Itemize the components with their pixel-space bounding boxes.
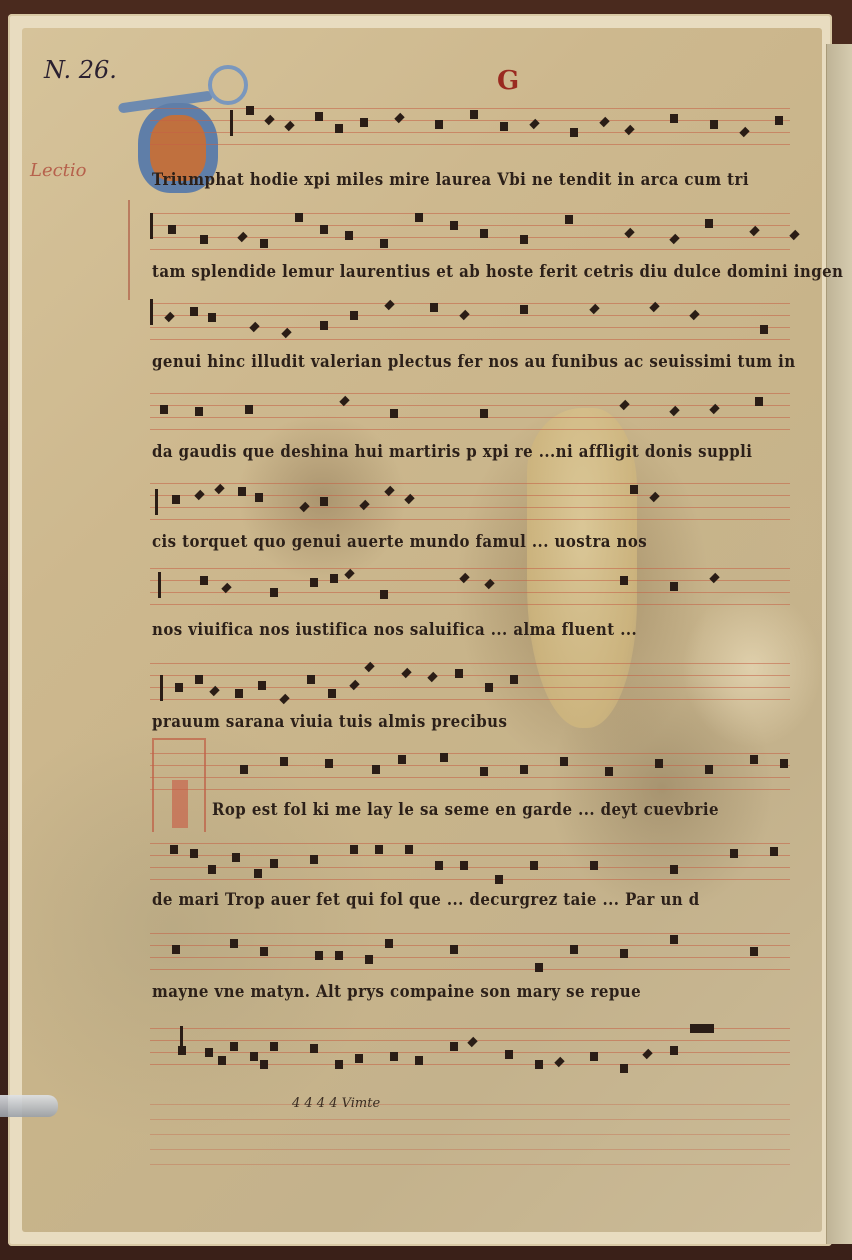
- music-staff: [150, 385, 790, 431]
- margin-rubric: Lectio: [30, 160, 87, 181]
- lyric-line: Rop est fol ki me lay le sa seme en gard…: [212, 800, 719, 820]
- lyric-line: nos viuifica nos iustifica nos saluifica…: [152, 620, 637, 640]
- music-staff: [150, 100, 790, 146]
- lyric-line: cis torquet quo genui auerte mundo famul…: [152, 532, 647, 552]
- music-staff: [150, 295, 790, 341]
- red-letter-heading: G: [497, 66, 519, 96]
- music-staff: [150, 745, 790, 791]
- lyric-line: da gaudis que deshina hui martiris p xpi…: [152, 442, 752, 462]
- music-staff: [150, 835, 790, 881]
- lyric-line: mayne vne matyn. Alt prys compaine son m…: [152, 982, 641, 1002]
- music-staff: [150, 205, 790, 251]
- margin-flourish: [128, 200, 138, 300]
- adjacent-leaf-edge: [826, 44, 852, 1244]
- lyric-line: tam splendide lemur laurentius et ab hos…: [152, 262, 843, 282]
- music-staff: [150, 560, 790, 606]
- lyric-line: Triumphat hodie xpi miles mire laurea Vb…: [152, 170, 749, 190]
- music-staff: [150, 655, 790, 701]
- shelfmark: N. 26.: [44, 56, 117, 84]
- empty-staves: [150, 1090, 790, 1170]
- music-staff: [150, 1020, 790, 1066]
- lyric-line: de mari Trop auer fet qui fol que ... de…: [152, 890, 700, 910]
- page-clip: [0, 1095, 58, 1117]
- music-staff: [150, 475, 790, 521]
- lyric-line: prauum sarana viuia tuis almis precibus: [152, 712, 507, 732]
- lyric-line: genui hinc illudit valerian plectus fer …: [152, 352, 796, 372]
- music-staff: [150, 925, 790, 971]
- custos-text: 4 4 4 4 Vimte: [292, 1096, 380, 1111]
- initial-flourish: [208, 65, 248, 105]
